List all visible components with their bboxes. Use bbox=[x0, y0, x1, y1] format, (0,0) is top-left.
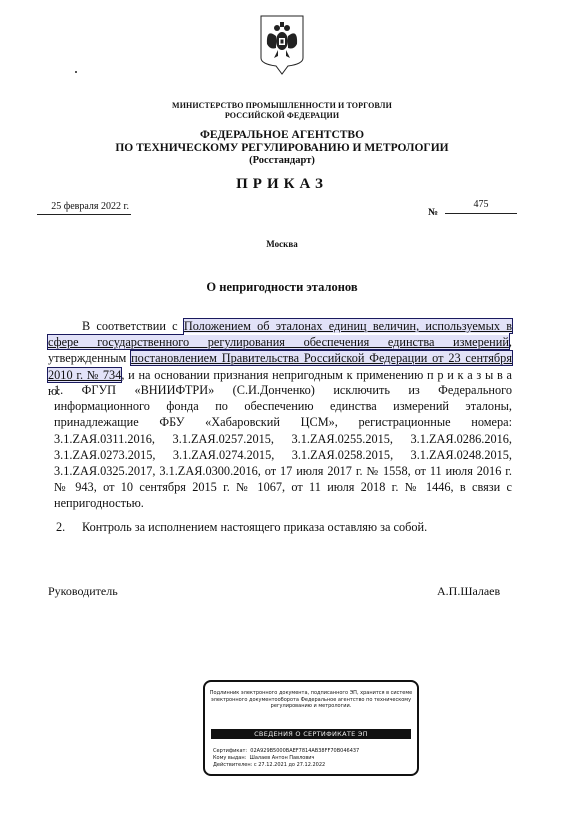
validity-row: Действителен: с 27.12.2021 до 27.12.2022 bbox=[213, 762, 359, 769]
agency-line-1: ФЕДЕРАЛЬНОЕ АГЕНТСТВО bbox=[0, 129, 564, 142]
ministry-name: МИНИСТЕРСТВО ПРОМЫШЛЕННОСТИ И ТОРГОВЛИ Р… bbox=[0, 101, 564, 121]
scan-speck bbox=[75, 71, 77, 73]
document-number: 475 bbox=[445, 199, 517, 214]
agency-name: ФЕДЕРАЛЬНОЕ АГЕНТСТВО ПО ТЕХНИЧЕСКОМУ РЕ… bbox=[0, 129, 564, 155]
validity-label: Действителен: bbox=[213, 762, 252, 768]
certificate-row: Сертификат: 02A929B5000BAEF7814AB38FF70B… bbox=[213, 748, 359, 755]
signatory-role: Руководитель bbox=[48, 584, 118, 599]
issued-to-label: Кому выдан: bbox=[213, 755, 246, 761]
e-signature-stamp: Подлинник электронного документа, подпис… bbox=[203, 680, 419, 776]
ministry-line-1: МИНИСТЕРСТВО ПРОМЫШЛЕННОСТИ И ТОРГОВЛИ bbox=[0, 101, 564, 111]
agency-short-name: (Росстандарт) bbox=[0, 155, 564, 166]
order-item-2: 2.Контроль за исполнением настоящего при… bbox=[56, 520, 427, 535]
order-item-1: 1. ФГУП «ВНИИФТРИ» (С.И.Донченко) исключ… bbox=[54, 382, 512, 512]
certificate-value: 02A929B5000BAEF7814AB38FF70B046437 bbox=[250, 748, 359, 754]
item-2-number: 2. bbox=[56, 520, 82, 535]
validity-value: с 27.12.2021 до 27.12.2022 bbox=[254, 762, 325, 768]
issued-to-value: Шалаев Антон Павлович bbox=[250, 755, 315, 761]
document-title: ПРИКАЗ bbox=[0, 176, 564, 193]
number-label: № bbox=[428, 207, 438, 218]
issued-to-row: Кому выдан: Шалаев Антон Павлович bbox=[213, 755, 359, 762]
preamble-text-1: В соответствии с bbox=[82, 319, 184, 333]
coat-of-arms-icon bbox=[258, 14, 306, 76]
document-date: 25 февраля 2022 г. bbox=[37, 201, 131, 215]
ministry-line-2: РОССИЙСКОЙ ФЕДЕРАЦИИ bbox=[0, 111, 564, 121]
certificate-label: Сертификат: bbox=[213, 748, 247, 754]
stamp-notice: Подлинник электронного документа, подпис… bbox=[209, 690, 413, 710]
item-2-text: Контроль за исполнением настоящего прика… bbox=[82, 520, 427, 534]
certificate-info: Сертификат: 02A929B5000BAEF7814AB38FF70B… bbox=[213, 748, 359, 768]
signatory-name: А.П.Шалаев bbox=[437, 584, 500, 599]
stamp-header: СВЕДЕНИЯ О СЕРТИФИКАТЕ ЭП bbox=[211, 729, 411, 739]
agency-line-2: ПО ТЕХНИЧЕСКОМУ РЕГУЛИРОВАНИЮ И МЕТРОЛОГ… bbox=[0, 142, 564, 155]
document-subject: О непригодности эталонов bbox=[0, 280, 564, 295]
city: Москва bbox=[0, 239, 564, 249]
